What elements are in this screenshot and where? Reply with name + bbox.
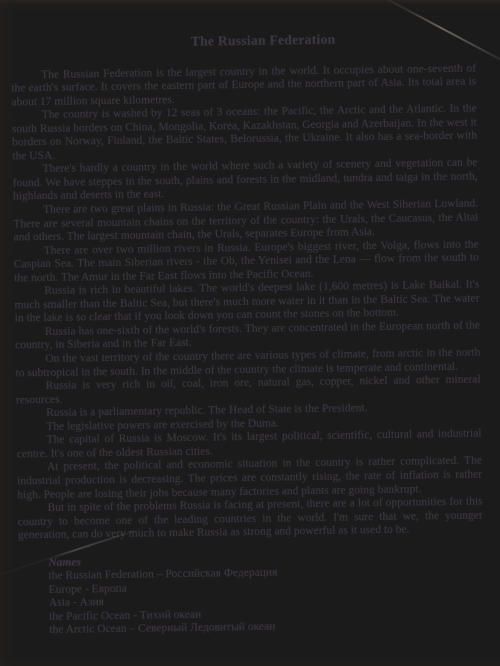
paper-sheet-text: The Russian Federation The Russian Feder… [11,31,485,639]
names-section: Names the Russian Federation – Российска… [48,550,484,638]
essay-paragraph: At present, the political and economic s… [17,455,483,503]
essay-paragraph: The Russian Federation is the largest co… [11,62,477,110]
photographed-document: The Russian Federation The Russian Feder… [0,0,500,666]
essay-paragraph: The country is washed by 12 seas of 3 oc… [12,103,478,164]
page-title: The Russian Federation [31,30,496,50]
essay-paragraph: But in spite of the problems Russia is f… [17,496,483,544]
essay-paragraph: Russia is rich in beautiful lakes. The w… [14,279,480,327]
essay-paragraph: There's hardly a country in the world wh… [12,157,478,205]
essay-paragraph: There are two great plains in Russia: th… [13,198,479,246]
